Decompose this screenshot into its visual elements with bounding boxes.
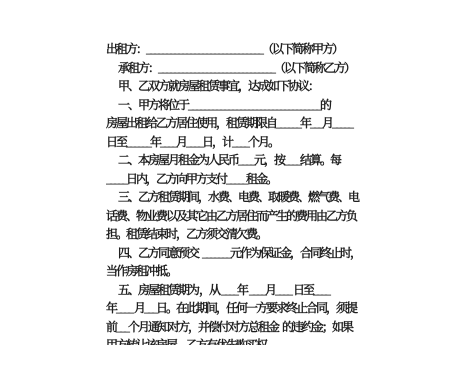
document-page: 出租方：_____________________________（以下简称甲方…: [0, 0, 469, 368]
contract-line-6: 日至______年____月____日，计____个月。: [106, 133, 366, 152]
contract-line-15: 年____ 月___日。在此期间，任何一方要求终止合同，须提: [106, 299, 366, 318]
contract-line-1: 出租方：_____________________________（以下简称甲方…: [106, 40, 366, 59]
contract-line-9: 三、乙方租赁期间，水费、电费、取暖费、燃气费、电: [106, 188, 366, 207]
contract-line-2: 承租方：_____________________________（以下简称乙方…: [106, 59, 366, 78]
contract-line-11: 担。租赁结束时，乙方须交清欠费。: [106, 225, 366, 244]
contract-line-13: 当作房租冲抵。: [106, 262, 366, 281]
contract-text-block: 出租方：_____________________________（以下简称甲方…: [106, 40, 366, 345]
contract-line-3: 甲、乙双方就房屋租赁事宜，达成如下协议：: [106, 77, 366, 96]
contract-line-5: 房屋出租给乙方居住使用，租赁期限自______年___月_____: [106, 114, 366, 133]
contract-line-12: 四、乙方同意预交 _______元作为保证金，合同终止时，: [106, 244, 366, 263]
contract-line-7: 二、本房屋月租金为人民币____元，按____结算。每: [106, 151, 366, 170]
contract-line-8: _____日内，乙方向甲方支付_____租金。: [106, 170, 366, 189]
contract-line-17: 甲方转让该房屋，乙方有优先购买权。: [106, 336, 366, 345]
contract-line-4: 一、甲方将位于_________________________________…: [106, 96, 366, 115]
contract-line-16: 前___个月通知对方，并偿付对方总租金 的违约金；如果: [106, 318, 366, 337]
contract-line-14: 五、房屋租赁期为 ，从 ____年 ____月____ 日至____: [106, 281, 366, 300]
contract-line-10: 话费、物业费以及其它由乙方居住而产生的费用由乙方负: [106, 207, 366, 226]
